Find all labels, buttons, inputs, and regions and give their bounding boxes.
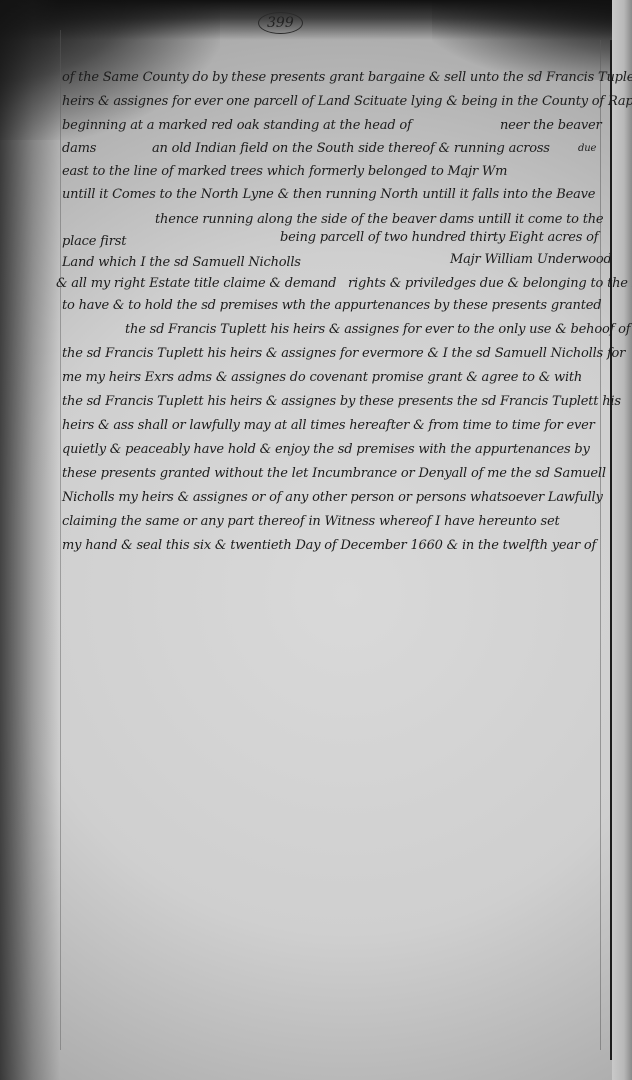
text-line: claiming the same or any part thereof in… bbox=[62, 514, 559, 529]
text-line: to have & to hold the sd premises wth th… bbox=[62, 298, 601, 313]
text-line: & all my right Estate title claime & dem… bbox=[56, 276, 336, 291]
text-line: heirs & ass shall or lawfully may at all… bbox=[62, 418, 595, 433]
document-page: 399 of the Same County do by these prese… bbox=[0, 0, 632, 1080]
text-line: Majr William Underwood bbox=[450, 252, 612, 267]
text-line: the sd Francis Tuplett his heirs & assig… bbox=[125, 322, 630, 337]
text-line: the sd Francis Tuplett his heirs & assig… bbox=[62, 346, 625, 361]
margin-rule-right bbox=[600, 40, 601, 1050]
text-line: Land which I the sd Samuell Nicholls bbox=[62, 255, 301, 270]
text-line: Nicholls my heirs & assignes or of any o… bbox=[62, 490, 603, 505]
text-line: place first bbox=[62, 234, 126, 249]
page-edge bbox=[612, 0, 632, 1080]
margin-rule-left bbox=[60, 30, 61, 1050]
text-line: thence running along the side of the bea… bbox=[155, 212, 603, 227]
text-line: being parcell of two hundred thirty Eigh… bbox=[280, 230, 598, 245]
text-line: me my heirs Exrs adms & assignes do cove… bbox=[62, 370, 582, 385]
text-line: my hand & seal this six & twentieth Day … bbox=[62, 538, 596, 553]
text-line: heirs & assignes for ever one parcell of… bbox=[62, 94, 632, 109]
text-line: neer the beaver bbox=[500, 118, 602, 133]
scan-shadow bbox=[0, 0, 60, 1080]
text-line: the sd Francis Tuplett his heirs & assig… bbox=[62, 394, 621, 409]
text-line: these presents granted without the let I… bbox=[62, 466, 606, 481]
text-line: untill it Comes to the North Lyne & then… bbox=[62, 187, 595, 202]
text-line: quietly & peaceably have hold & enjoy th… bbox=[62, 442, 590, 457]
text-line: east to the line of marked trees which f… bbox=[62, 164, 507, 179]
text-line: dams bbox=[62, 141, 96, 156]
page-number-399: 399 bbox=[258, 12, 303, 34]
text-line: beginning at a marked red oak standing a… bbox=[62, 118, 412, 133]
text-line: an old Indian field on the South side th… bbox=[152, 141, 550, 156]
scan-shadow bbox=[0, 0, 632, 40]
text-line: rights & priviledges due & belonging to … bbox=[348, 276, 632, 291]
text-line: due bbox=[578, 143, 596, 154]
text-line: of the Same County do by these presents … bbox=[62, 70, 632, 85]
